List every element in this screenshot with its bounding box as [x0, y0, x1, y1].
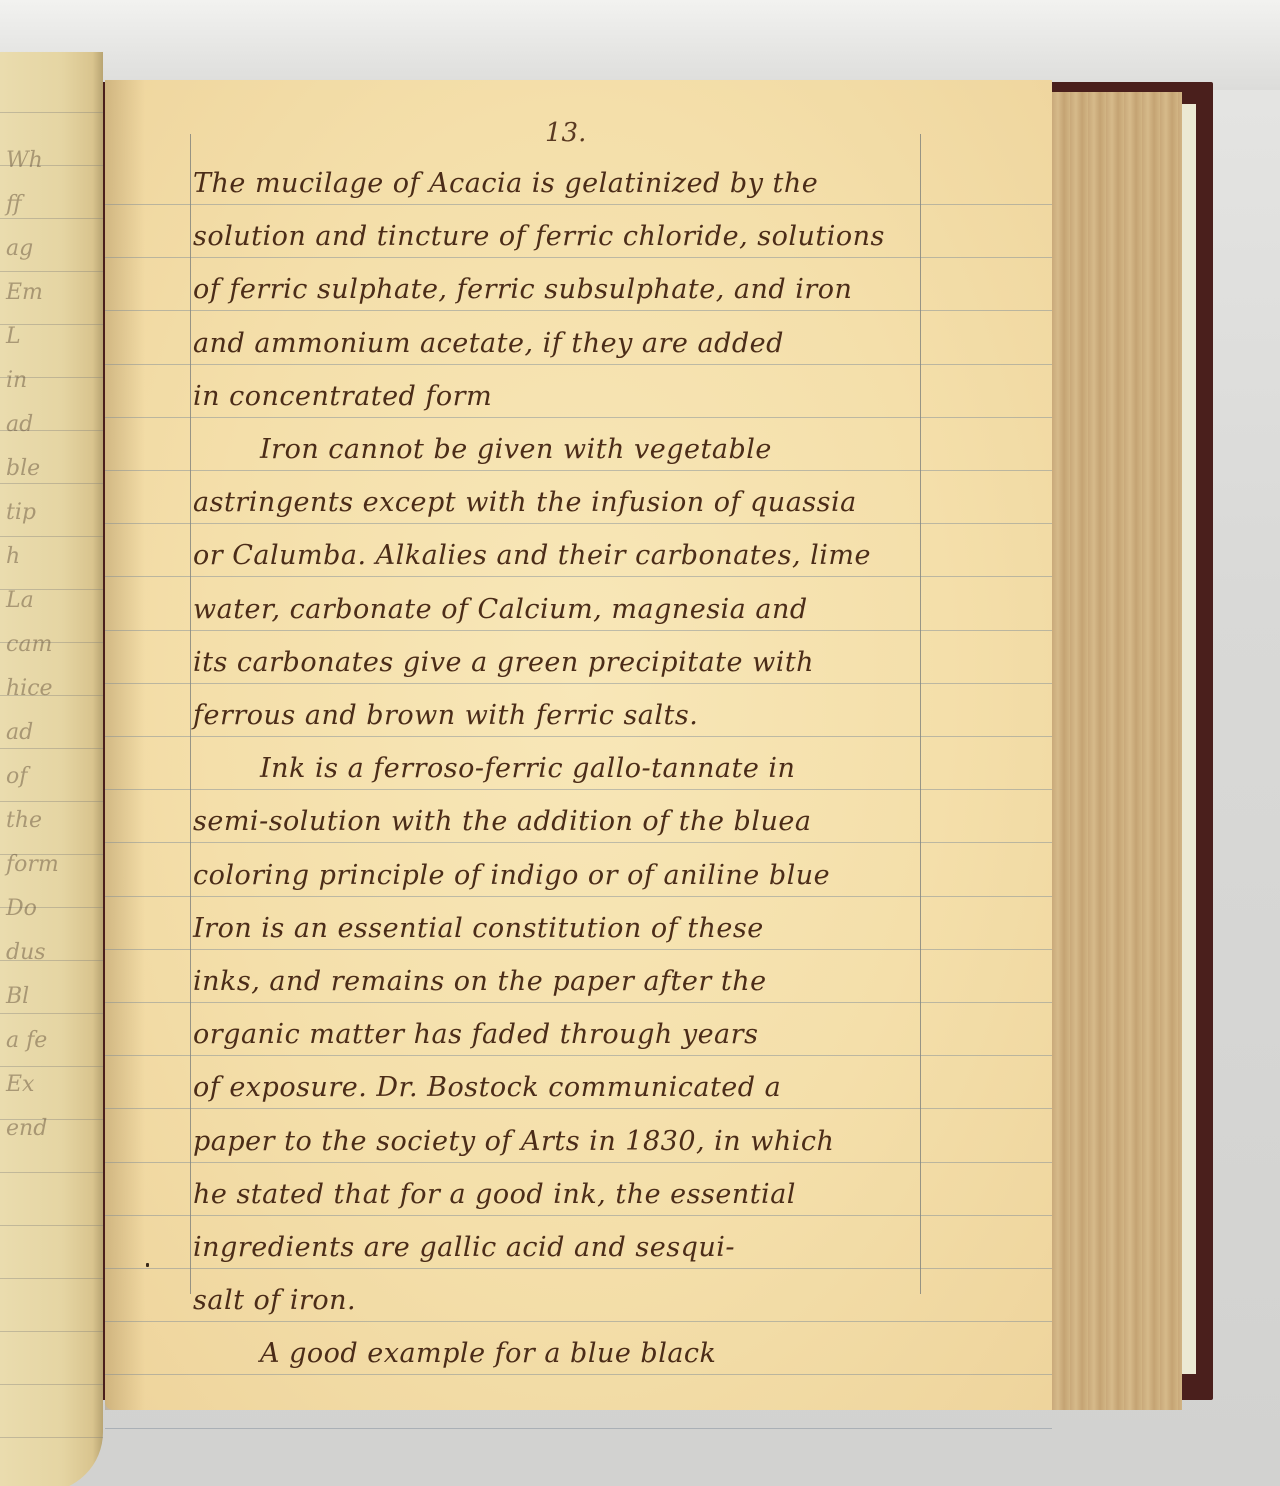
- left-page-text-fragment: Do: [6, 896, 37, 921]
- ruled-line: [105, 1374, 1052, 1375]
- left-page-text-fragment: hice: [6, 676, 53, 701]
- ruled-line: [105, 1162, 1052, 1163]
- ruled-line: [105, 523, 1052, 524]
- handwritten-line: paper to the society of Arts in 1830, in…: [193, 1126, 834, 1157]
- handwritten-line: its carbonates give a green precipitate …: [193, 647, 814, 678]
- ruled-line: [105, 1002, 1052, 1003]
- left-page-rule: [0, 1225, 103, 1226]
- handwritten-line: ingredients are gallic acid and sesqui-: [193, 1232, 735, 1263]
- top-lighting: [0, 0, 1280, 90]
- left-page-rule: [0, 1384, 103, 1385]
- ruled-line: [105, 1268, 1052, 1269]
- handwritten-line: The mucilage of Acacia is gelatinized by…: [193, 168, 818, 199]
- left-page-text-fragment: end: [6, 1116, 47, 1141]
- ruled-line: [105, 364, 1052, 365]
- ruled-line: [105, 576, 1052, 577]
- handwritten-line: solution and tincture of ferric chloride…: [193, 221, 885, 252]
- ruled-line: [105, 1108, 1052, 1109]
- left-page-text-fragment: dus: [6, 940, 46, 965]
- handwritten-line: semi-solution with the addition of the b…: [193, 806, 811, 837]
- left-page-text-fragment: of: [6, 764, 27, 789]
- ink-spot: [146, 1263, 149, 1267]
- left-page-text-fragment: in: [6, 368, 27, 393]
- left-page-text-fragment: ad: [6, 412, 33, 437]
- ruled-line: [105, 736, 1052, 737]
- left-page-rule: [0, 1066, 103, 1067]
- left-page-text-fragment: L: [6, 324, 21, 349]
- ruled-line: [105, 417, 1052, 418]
- left-page-text-fragment: ff: [6, 192, 22, 217]
- left-page-rule: [0, 1013, 103, 1014]
- handwritten-line: Iron is an essential constitution of the…: [193, 913, 764, 944]
- ruled-line: [105, 204, 1052, 205]
- left-page-rule: [0, 271, 103, 272]
- ruled-line: [105, 470, 1052, 471]
- ruled-line: [105, 896, 1052, 897]
- ruled-line: [105, 310, 1052, 311]
- ruled-line: [105, 1321, 1052, 1322]
- ruled-line: [105, 842, 1052, 843]
- handwritten-line: Ink is a ferroso-ferric gallo-tannate in: [260, 753, 795, 784]
- left-page-rule: [0, 1172, 103, 1173]
- left-page-rule: [0, 112, 103, 113]
- right-margin-line: [920, 134, 921, 1294]
- handwritten-line: water, carbonate of Calcium, magnesia an…: [193, 594, 808, 625]
- left-page-text-fragment: form: [6, 852, 59, 877]
- left-page-text-fragment: Wh: [6, 148, 43, 173]
- handwritten-line: of ferric sulphate, ferric subsulphate, …: [193, 274, 852, 305]
- left-margin-line: [190, 134, 191, 1294]
- left-page-rule: [0, 536, 103, 537]
- ruled-line: [105, 630, 1052, 631]
- right-page: 13. The mucilage of Acacia is gelatinize…: [105, 80, 1052, 1410]
- left-page-text-fragment: La: [6, 588, 34, 613]
- left-page-text-fragment: cam: [6, 632, 52, 657]
- left-page-rule: [0, 1278, 103, 1279]
- page-edge-stack: [1052, 92, 1182, 1410]
- left-page: WhffagEmLinadbletiphLacamhiceadoftheform…: [0, 52, 103, 1486]
- handwritten-line: Iron cannot be given with vegetable: [260, 434, 772, 465]
- handwritten-line: astringents except with the infusion of …: [193, 487, 857, 518]
- left-page-text-fragment: the: [6, 808, 42, 833]
- left-page-rule: [0, 1437, 103, 1438]
- left-page-rule: [0, 748, 103, 749]
- left-page-text-fragment: h: [6, 544, 20, 569]
- handwritten-line: or Calumba. Alkalies and their carbonate…: [193, 540, 871, 571]
- left-page-text-fragment: Ex: [6, 1072, 34, 1097]
- handwritten-line: A good example for a blue black: [260, 1338, 716, 1369]
- ruled-line: [105, 1428, 1052, 1429]
- handwritten-line: of exposure. Dr. Bostock communicated a: [193, 1072, 781, 1103]
- spine-shadow: [105, 80, 145, 1410]
- handwritten-line: in concentrated form: [193, 381, 492, 412]
- left-page-text-fragment: ble: [6, 456, 40, 481]
- ruled-line: [105, 949, 1052, 950]
- ruled-line: [105, 1055, 1052, 1056]
- left-page-text-fragment: Bl: [6, 984, 29, 1009]
- handwritten-line: ferrous and brown with ferric salts.: [193, 700, 698, 731]
- handwritten-line: and ammonium acetate, if they are added: [193, 328, 784, 359]
- handwritten-line: salt of iron.: [193, 1285, 356, 1316]
- ruled-line: [105, 683, 1052, 684]
- handwritten-line: he stated that for a good ink, the essen…: [193, 1179, 796, 1210]
- left-page-rule: [0, 1331, 103, 1332]
- ruled-line: [105, 789, 1052, 790]
- left-page-text-fragment: tip: [6, 500, 36, 525]
- handwritten-line: inks, and remains on the paper after the: [193, 966, 767, 997]
- page-number: 13.: [545, 118, 586, 148]
- left-page-text-fragment: ag: [6, 236, 33, 261]
- ruled-line: [105, 1215, 1052, 1216]
- handwritten-line: coloring principle of indigo or of anili…: [193, 860, 830, 891]
- left-page-rule: [0, 483, 103, 484]
- ruled-line: [105, 257, 1052, 258]
- handwritten-line: organic matter has faded through years: [193, 1019, 758, 1050]
- left-page-rule: [0, 801, 103, 802]
- left-page-text-fragment: a fe: [6, 1028, 47, 1053]
- endpaper: [1182, 104, 1196, 1374]
- left-page-text-fragment: ad: [6, 720, 33, 745]
- left-page-text-fragment: Em: [6, 280, 43, 305]
- left-page-rule: [0, 218, 103, 219]
